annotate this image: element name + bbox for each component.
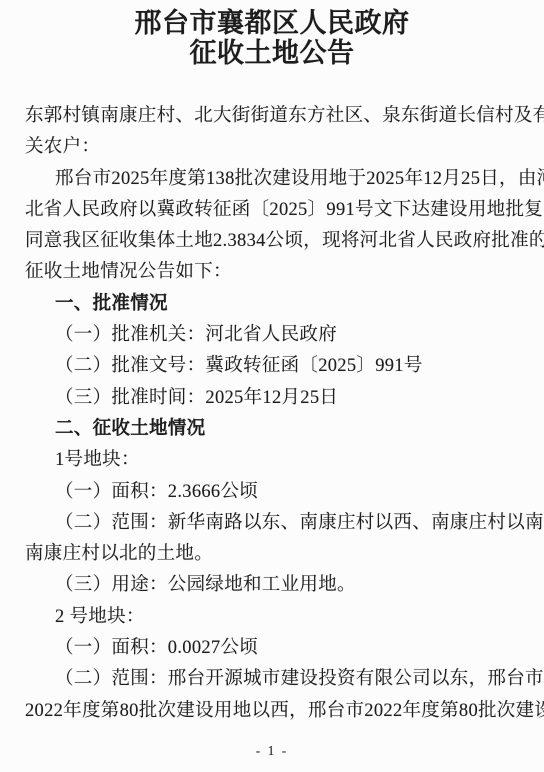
document-page: 邢台市襄都区人民政府 征收土地公告 东郭村镇南康庄村、北大街街道东方社区、泉东街… — [0, 0, 544, 772]
parcel-1-range-line-1: （二）范围：新华南路以东、南康庄村以西、南康庄村以南、 — [25, 508, 522, 539]
parcel-2-range-line-1: （二）范围：邢台开源城市建设投资有限公司以东，邢台市 — [25, 664, 522, 695]
approval-authority: （一）批准机关：河北省人民政府 — [25, 320, 522, 351]
parcel-2-area: （一）面积：0.0027公顷 — [25, 633, 522, 664]
parcel-2-label: 2 号地块： — [25, 602, 522, 633]
salutation-line-1: 东郭村镇南康庄村、北大街街道东方社区、泉东街道长信村及有 — [25, 101, 522, 132]
approval-date: （三）批准时间：2025年12月25日 — [25, 383, 522, 414]
section-heading-approval: 一、批准情况 — [25, 289, 522, 320]
page-number: - 1 - — [0, 743, 544, 759]
salutation-line-2: 关农户： — [25, 132, 522, 163]
parcel-2-range-line-2: 2022年度第80批次建设用地以西，邢台市2022年度第80批次建设 — [25, 696, 522, 727]
title-line-2: 征收土地公告 — [0, 38, 544, 68]
parcel-1-range-line-2: 南康庄村以北的土地。 — [25, 539, 522, 570]
parcel-1-usage: （三）用途：公园绿地和工业用地。 — [25, 570, 522, 601]
intro-line-4: 征收土地情况公告如下： — [25, 257, 522, 288]
intro-line-3: 同意我区征收集体土地2.3834公顷，现将河北省人民政府批准的 — [25, 226, 522, 257]
parcel-1-label: 1号地块： — [25, 445, 522, 476]
intro-line-1: 邢台市2025年度第138批次建设用地于2025年12月25日，由河 — [25, 164, 522, 195]
title-line-1: 邢台市襄都区人民政府 — [0, 8, 544, 38]
parcel-1-area: （一）面积：2.3666公顷 — [25, 477, 522, 508]
document-title: 邢台市襄都区人民政府 征收土地公告 — [0, 0, 544, 68]
document-body: 东郭村镇南康庄村、北大街街道东方社区、泉东街道长信村及有 关农户： 邢台市202… — [0, 101, 544, 727]
intro-line-2: 北省人民政府以冀政转征函〔2025〕991号文下达建设用地批复， — [25, 195, 522, 226]
approval-doc-number: （二）批准文号：冀政转征函〔2025〕991号 — [25, 351, 522, 382]
section-heading-land: 二、征收土地情况 — [25, 414, 522, 445]
